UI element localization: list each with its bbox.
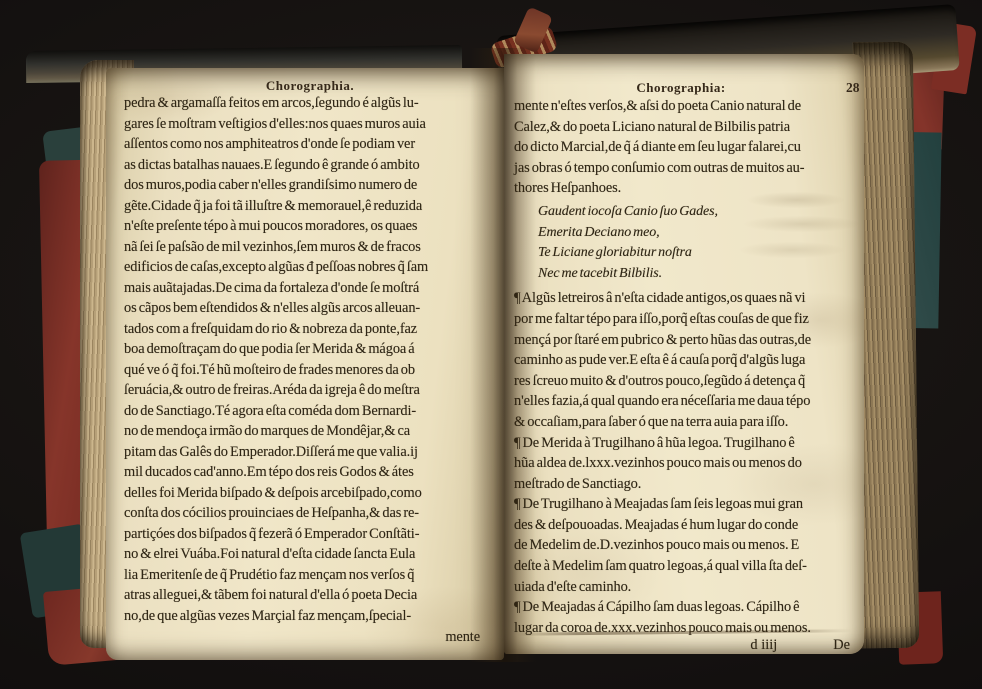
right-page-intro: mente n'eſtes verſos,& aſsi do poeta Can… xyxy=(514,96,862,199)
right-page-body: ¶ Algũs letreiros â n'eſta cidade antigo… xyxy=(514,288,862,638)
right-page-text-block: mente n'eſtes verſos,& aſsi do poeta Can… xyxy=(514,96,862,638)
gathering-signature: d iiij xyxy=(750,637,777,654)
left-page-text: pedra & argamaſſa feitos em arcos,ſegund… xyxy=(124,93,504,626)
signature-row: d iiij De xyxy=(514,637,850,654)
left-catchword: mente xyxy=(124,627,480,648)
page-number: 28 xyxy=(846,80,860,96)
left-running-title: Chorographia. xyxy=(120,78,500,94)
latin-verse: Gaudent iocoſa Canio ſuo Gades, Emerita … xyxy=(514,199,862,288)
book-photo: Chorographia. pedra & argamaſſa feitos e… xyxy=(0,0,982,689)
right-running-title: Chorographia: xyxy=(516,80,846,96)
right-catchword: De xyxy=(833,637,850,654)
